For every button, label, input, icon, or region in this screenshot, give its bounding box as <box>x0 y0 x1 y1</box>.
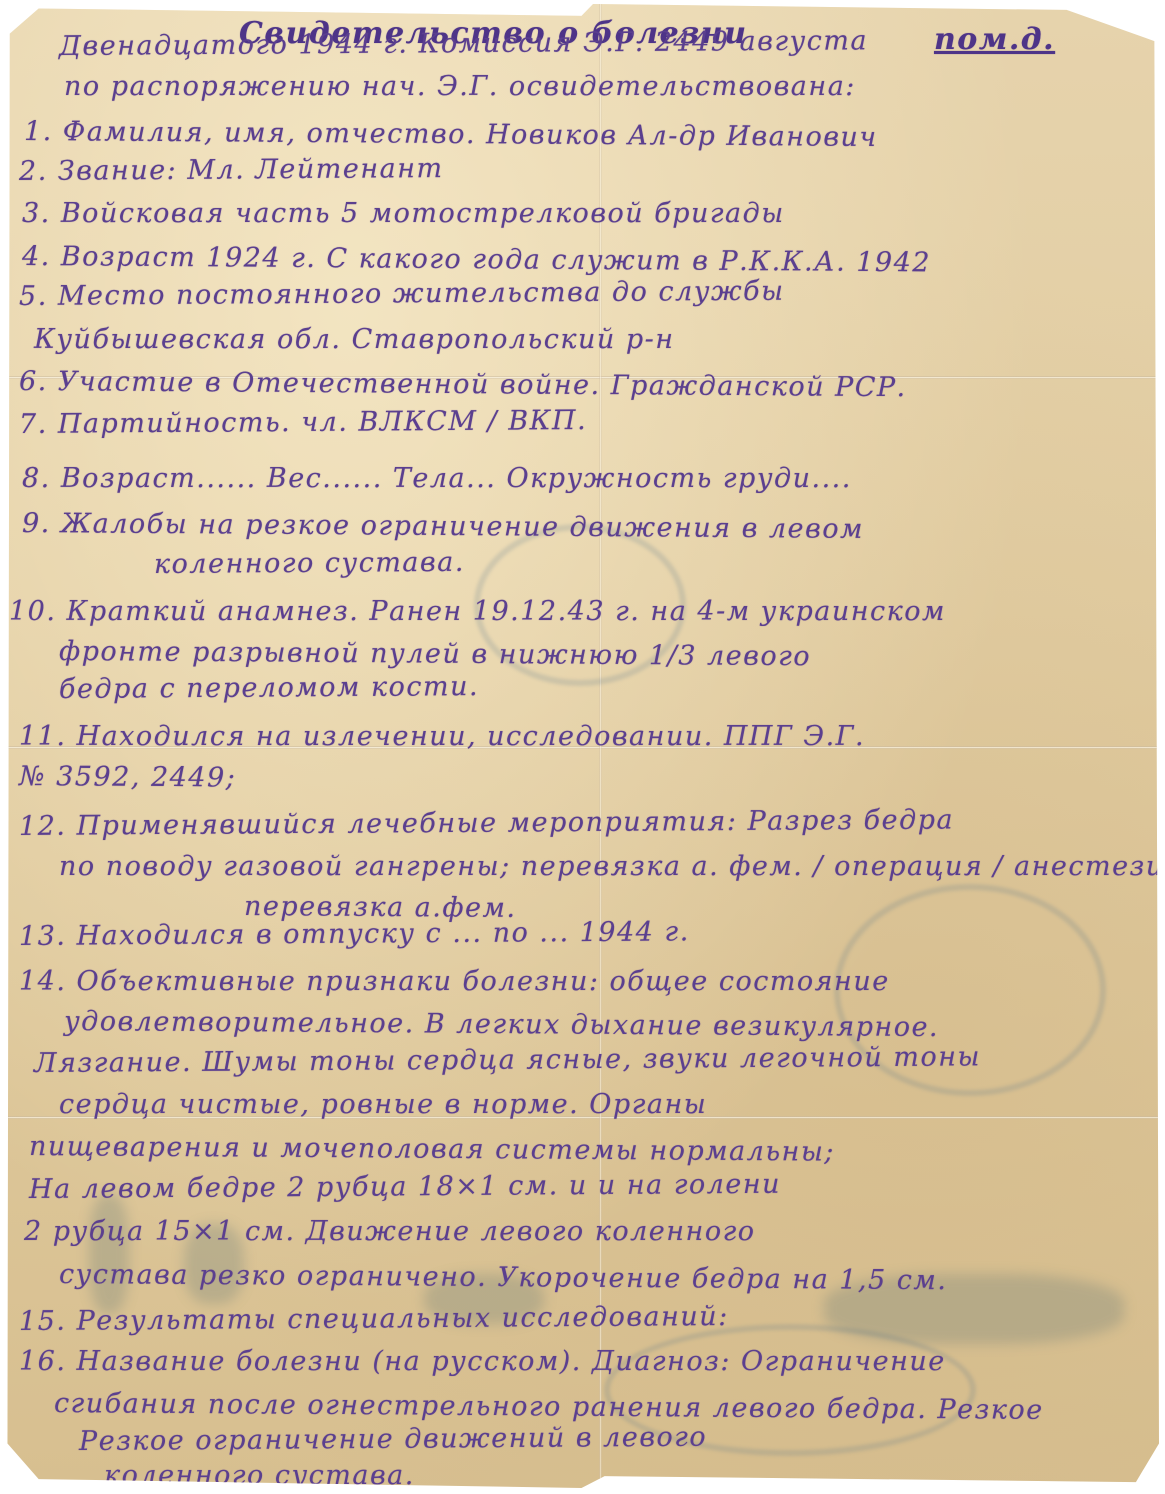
handwritten-line: 9. Жалобы на резкое ограничение движения… <box>22 508 864 545</box>
handwritten-line: фронте разрывной пулей в нижнюю 1/3 лево… <box>59 636 811 672</box>
handwritten-line: 7. Партийность. чл. ВЛКСМ / ВКП. <box>19 405 587 440</box>
handwritten-line: На левом бедре 2 рубца 18×1 см. и и на г… <box>29 1169 781 1205</box>
handwritten-line: сгибания после огнестрельного ранения ле… <box>54 1388 1044 1426</box>
handwritten-line: 6. Участие в Отечественной войне. Гражда… <box>19 366 907 403</box>
handwritten-line: сустава резко ограничено. Укорочение бед… <box>59 1259 948 1296</box>
handwritten-line: 13. Находился в отпуску с ... по ... 194… <box>19 916 690 952</box>
handwritten-line: Резкое ограничение движений в левого <box>79 1422 707 1457</box>
handwritten-line: 14. Объективные признаки болезни: общее … <box>19 966 890 997</box>
handwritten-line: № 3592, 2449; <box>19 761 237 794</box>
handwritten-line: 8. Возраст...... Вес...... Тела... Окруж… <box>22 463 852 494</box>
handwritten-line: Лязгание. Шумы тоны сердца ясные, звуки … <box>34 1041 981 1079</box>
handwritten-line: удовлетворительное. В легких дыхание вез… <box>64 1006 939 1043</box>
handwritten-line: бедра с переломом кости. <box>59 671 479 705</box>
document-title-annotation: пом.д. <box>934 22 1055 57</box>
handwritten-line: коленного сустава. <box>154 547 465 580</box>
handwritten-line: 10. Краткий анамнез. Ранен 19.12.43 г. н… <box>9 596 946 627</box>
handwritten-line: 4. Возраст 1924 г. С какого года служит … <box>22 241 931 278</box>
handwritten-line: коленного сустава. <box>104 1460 415 1491</box>
handwritten-line: Двенадцатого 1944 г. Комиссия Э.Г. 2449 … <box>59 25 868 62</box>
document-paper: Свидетельство о болезни пом.д. Двенадцат… <box>4 4 1159 1488</box>
handwritten-line: пищеварения и мочеполовая системы нормал… <box>29 1131 835 1168</box>
handwritten-line: 2. Звание: Мл. Лейтенант <box>19 153 444 187</box>
handwritten-line: 16. Название болезни (на русском). Диагн… <box>19 1346 946 1377</box>
handwritten-line: 5. Место постоянного жительства до служб… <box>19 276 785 312</box>
handwritten-line: 12. Применявшийся лечебные мероприятия: … <box>19 804 954 842</box>
handwritten-line: 1. Фамилия, имя, отчество. Новиков Ал-др… <box>24 116 878 153</box>
handwritten-line: 2 рубца 15×1 см. Движение левого коленно… <box>24 1216 755 1247</box>
stamp-smudge <box>89 1194 129 1314</box>
handwritten-line: 11. Находился на излечении, исследовании… <box>19 721 865 752</box>
handwritten-line: по поводу газовой гангрены; перевязка а.… <box>59 851 1165 882</box>
handwritten-line: сердца чистые, ровные в норме. Органы <box>59 1089 707 1120</box>
handwritten-line: 15. Результаты специальных исследований: <box>19 1301 729 1337</box>
handwritten-line: 3. Войсковая часть 5 мотострелковой бриг… <box>22 198 785 229</box>
handwritten-line: Куйбышевская обл. Ставропольский р-н <box>34 324 675 355</box>
handwritten-line: по распоряжению нач. Э.Г. освидетельство… <box>64 71 856 102</box>
